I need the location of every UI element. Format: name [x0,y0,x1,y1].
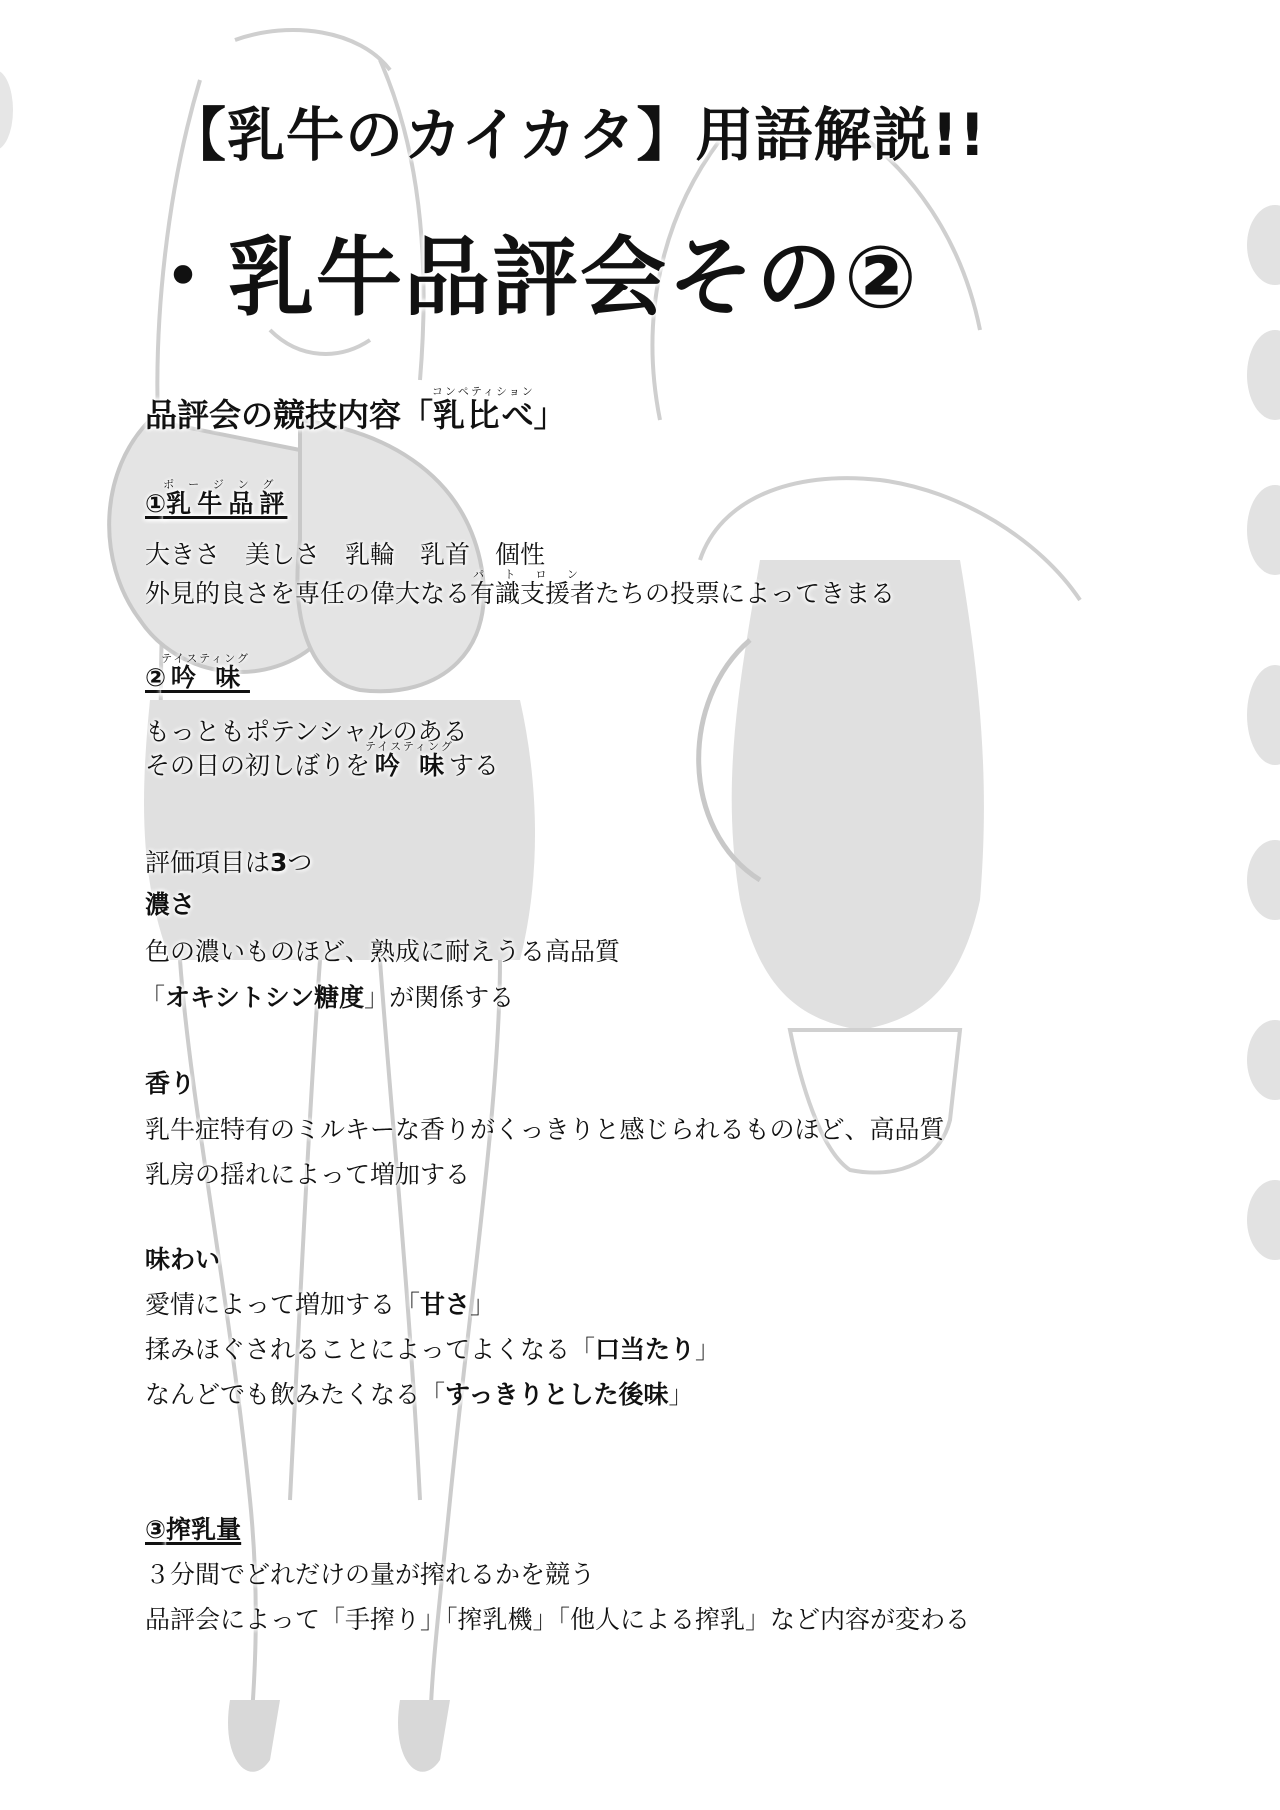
section-posing-ruby-text: ポージング [163,478,287,491]
flavor-line-2-suffix: 」 [695,1335,720,1364]
flavor-line-2-term: 口当たり [595,1335,695,1364]
competition-ruby-base: 乳比べ [432,396,535,434]
flavor-line-2-prefix: 揉みほぐされることによってよくなる「 [145,1335,595,1364]
item-flavor-heading: 味わい [145,1240,220,1276]
posing-desc-suffix: たちの投票によってきまる [595,579,895,608]
flavor-line-1-prefix: 愛情によって増加する「 [145,1290,420,1319]
flavor-line-1-term: 甘さ [420,1290,470,1319]
page-title-topic: ・乳牛品評会その② [140,208,919,332]
tasting-line-2-suffix: する [449,751,499,780]
competition-ruby-text: コンペティション [432,385,535,398]
flavor-line-3-term: すっきりとした後味 [445,1380,669,1409]
competition-heading: 品評会の競技内容「乳比べコンペティション」 [145,385,566,436]
item-aroma-line-2: 乳房の揺れによって増加する [145,1155,470,1191]
posing-desc-ruby-base: 有識支援者 [470,579,595,608]
section-posing-heading: ①乳牛品評ポージング [145,478,287,520]
section-number: ③ [145,1515,166,1544]
competition-heading-suffix: 」 [534,396,566,434]
item-aroma-line-1: 乳牛症特有のミルキーな香りがくっきりと感じられるものほど、高品質 [145,1110,945,1146]
posing-description: 外見的良さを専任の偉大なる有識支援者パトロンたちの投票によってきまる [145,568,895,610]
section-tasting-ruby-text: テイスティング [161,652,250,665]
item-richness-line-1: 色の濃いものほど、熟成に耐えうる高品質 [145,932,620,968]
competition-heading-prefix: 品評会の競技内容「 [145,396,433,434]
section-tasting-title: 吟味 [161,663,250,692]
tasting-line-2-prefix: その日の初しぼりを [145,751,370,780]
section-tasting-ruby: 吟味テイスティング [166,663,250,692]
tasting-line-2: その日の初しぼりを吟味テイスティングする [145,740,499,782]
eval-suffix: つ [287,848,312,877]
evaluation-items-count: 評価項目は3つ [145,843,312,879]
tasting-line-2-ruby-base: 吟味 [365,751,454,780]
tasting-line-2-ruby: 吟味テイスティング [370,751,449,780]
item-flavor-line-3: なんどでも飲みたくなる「すっきりとした後味」 [145,1375,694,1411]
flavor-line-3-prefix: なんどでも飲みたくなる「 [145,1380,445,1409]
section-milking-title: 搾乳量 [166,1515,241,1544]
item-richness-line-2: 「オキシトシン糖度」が関係する [140,978,514,1014]
posing-desc-ruby-text: パトロン [470,568,595,581]
section-posing-ruby: 乳牛品評ポージング [166,489,287,518]
oxytocin-term: オキシトシン糖度 [165,983,364,1012]
competition-ruby: 乳比べコンペティション [433,396,534,434]
item-richness-heading: 濃さ [145,885,195,921]
posing-desc-prefix: 外見的良さを専任の偉大なる [145,579,470,608]
posing-criteria: 大きさ 美しさ 乳輪 乳首 個性 [145,535,545,571]
eval-count: 3 [270,848,287,877]
milking-line-2: 品評会によって「手搾り」「搾乳機」「他人による搾乳」など内容が変わる [145,1600,970,1636]
item-aroma-heading: 香り [145,1064,195,1100]
item-richness-line-2-rest: 」が関係する [364,983,514,1012]
flavor-line-3-suffix: 」 [669,1380,694,1409]
milking-line-1: ３分間でどれだけの量が搾れるかを競う [145,1555,595,1591]
page-title-series: 【乳牛のカイカタ】用語解説!! [168,88,986,172]
flavor-line-1-suffix: 」 [470,1290,495,1319]
section-tasting-heading: ②吟味テイスティング [145,652,250,694]
item-flavor-line-1: 愛情によって増加する「甘さ」 [145,1285,495,1321]
quote-open: 「 [140,983,165,1012]
tasting-line-2-ruby-text: テイスティング [365,740,454,753]
posing-desc-ruby: 有識支援者パトロン [470,579,595,608]
eval-prefix: 評価項目は [145,848,270,877]
section-milking-heading: ③搾乳量 [145,1510,241,1546]
item-flavor-line-2: 揉みほぐされることによってよくなる「口当たり」 [145,1330,720,1366]
section-posing-title: 乳牛品評 [163,489,287,518]
